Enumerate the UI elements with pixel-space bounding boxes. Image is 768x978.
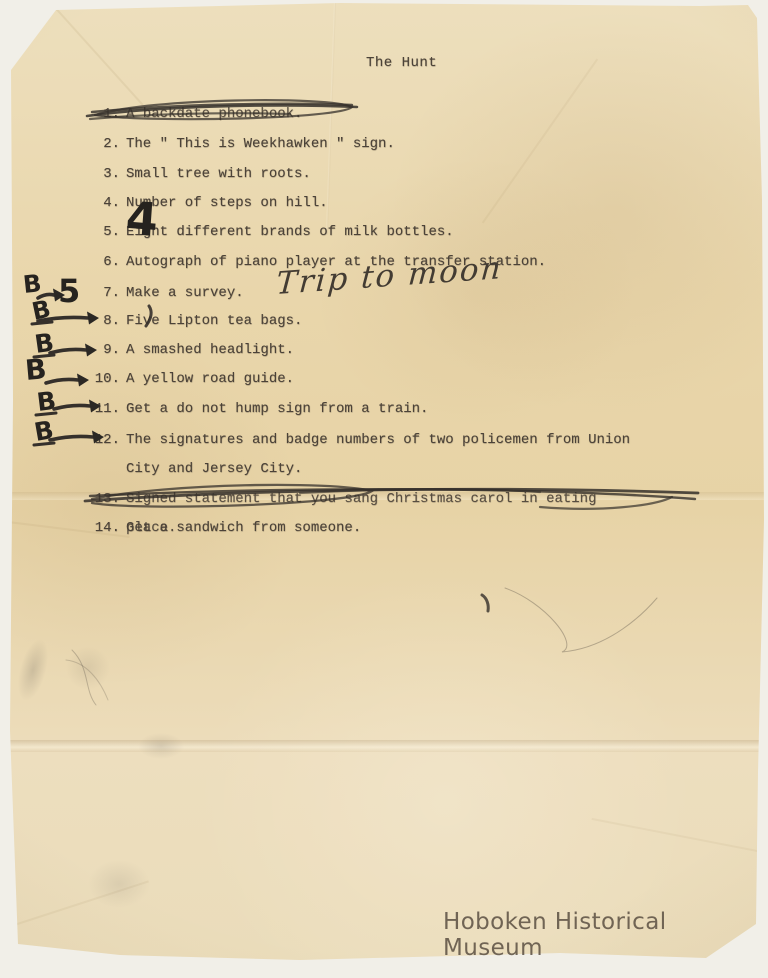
margin-arrow-shaft (50, 436, 93, 440)
fold-crease-lower (0, 740, 768, 752)
margin-arrow-shaft (46, 379, 78, 383)
item-text: Get a sandwich from someone. (126, 514, 646, 543)
item-number: 5. (90, 218, 120, 247)
pencil-scratch (72, 650, 96, 705)
paper-crease (15, 880, 149, 925)
item-number: 9. (90, 336, 120, 365)
item-text: A yellow road guide. (126, 365, 646, 394)
item-text: Five Lipton tea bags. (126, 307, 646, 336)
item-number: 7. (90, 279, 120, 308)
stray-ink-mark (482, 595, 488, 611)
item-text: Get a do not hump sign from a train. (126, 395, 646, 424)
margin-letter-b: B (24, 352, 48, 387)
list-item: 2.The " This is Weekhawken " sign. (90, 130, 646, 159)
item-text: Small tree with roots. (126, 160, 646, 189)
pencil-smudge (138, 733, 184, 759)
list-item: 11.Get a do not hump sign from a train. (90, 395, 646, 424)
list-item: 8.Five Lipton tea bags. (90, 307, 646, 336)
stray-hairline-mark (505, 588, 657, 652)
margin-letter-underline (36, 413, 56, 415)
margin-number-5: 5 (58, 272, 80, 310)
list-item: 4.Number of steps on hill. (90, 189, 646, 218)
paper-crease (592, 818, 768, 856)
list-item: 14.Get a sandwich from someone. (90, 514, 646, 543)
item-text: A backdate phonebook. (126, 100, 646, 129)
item-number: 4. (90, 189, 120, 218)
item-text: Number of steps on hill. (126, 189, 646, 218)
item-number: 14. (90, 514, 120, 543)
list-item: 10.A yellow road guide. (90, 365, 646, 394)
museum-watermark: Hoboken Historical Museum (443, 909, 768, 961)
item-number: 12. (90, 426, 120, 455)
margin-arrow-shaft (54, 405, 90, 409)
item-number: 13. (90, 485, 120, 514)
item-number: 10. (90, 365, 120, 394)
list-item: 9.A smashed headlight. (90, 336, 646, 365)
page-title: The Hunt (366, 55, 437, 71)
margin-arrow-shaft (38, 294, 54, 298)
margin-arrow-shaft (50, 349, 86, 353)
handwritten-overwrite-4: 4 (124, 195, 159, 243)
pencil-scratch (66, 660, 108, 700)
margin-letter-underline (32, 322, 52, 324)
margin-letter-b: B (35, 386, 57, 417)
list-item: 3.Small tree with roots. (90, 160, 646, 189)
margin-letter-b: B (32, 415, 56, 447)
item-text: Eight different brands of milk bottles. (126, 218, 646, 247)
list-item: 1.A backdate phonebook. (90, 100, 646, 129)
pencil-smudge (66, 646, 110, 690)
pencil-smudge (12, 636, 54, 705)
margin-letter-b: B (33, 328, 56, 359)
item-number: 1. (90, 100, 120, 129)
item-number: 11. (90, 395, 120, 424)
margin-arrow-head (53, 289, 65, 302)
margin-arrow-shaft (38, 317, 88, 321)
item-number: 2. (90, 130, 120, 159)
item-text: A smashed headlight. (126, 336, 646, 365)
list-item: 5.Eight different brands of milk bottles… (90, 218, 646, 247)
item-text: The " This is Weekhawken " sign. (126, 130, 646, 159)
margin-arrow-head (77, 374, 89, 387)
margin-letter-b: B (29, 295, 53, 326)
item-number: 8. (90, 307, 120, 336)
item-number: 3. (90, 160, 120, 189)
pencil-smudge (88, 860, 150, 908)
margin-letter-b: B (22, 269, 43, 299)
paper-crease (48, 0, 143, 105)
margin-letter-underline (34, 443, 54, 445)
item-text: The signatures and badge numbers of two … (126, 426, 646, 484)
item-number: 6. (90, 248, 120, 277)
list-item: 12.The signatures and badge numbers of t… (90, 426, 646, 484)
scanned-document: The Hunt 1.A backdate phonebook.2.The " … (0, 0, 768, 978)
margin-letter-underline (34, 355, 54, 357)
paper-sheet: The Hunt 1.A backdate phonebook.2.The " … (0, 0, 768, 978)
